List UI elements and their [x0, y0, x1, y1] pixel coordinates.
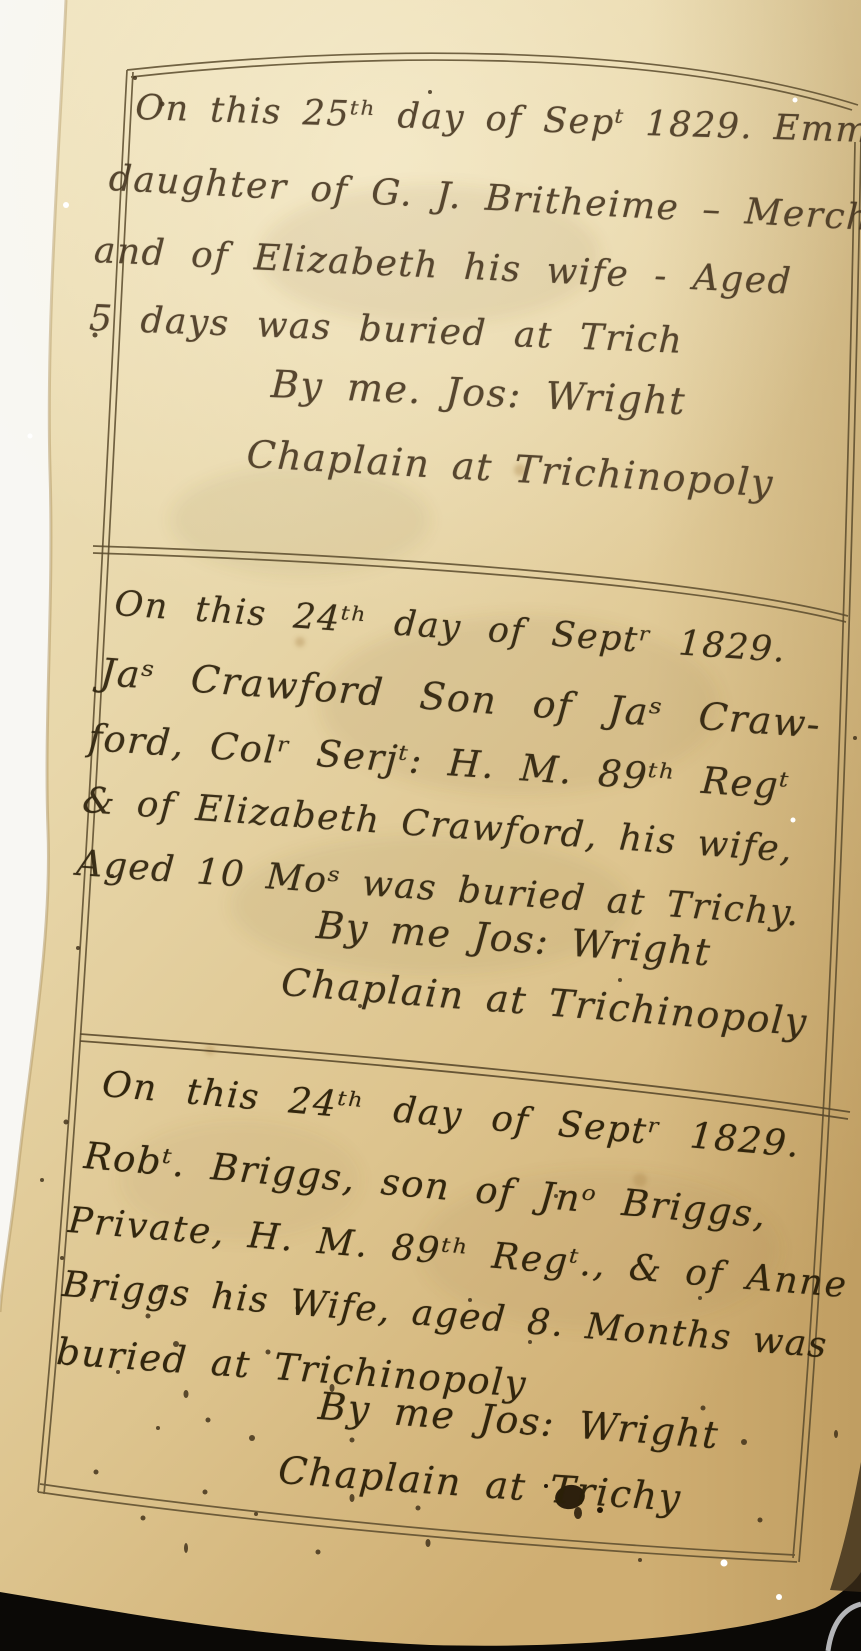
entry3-line-officiant: By me Jos: Wright	[317, 1384, 721, 1457]
entry2-line-burial: Aged 10 Moˢ was buried at Trichy.	[75, 843, 801, 934]
register-page-scan: On this 25ᵗʰ day of Sepᵗ 1829. Emmelina …	[0, 0, 861, 1651]
entry1-line-title: Chaplain at Trichinopoly	[246, 432, 775, 505]
entry3-line-name: Robᵗ. Briggs, son of Jnᵒ Briggs,	[82, 1134, 768, 1237]
entry3-line-title: Chaplain at Trichy	[277, 1448, 683, 1520]
entry2-line-date: On this 24ᵗʰ day of Septʳ 1829.	[113, 584, 787, 671]
entry3-line-regiment: Private, H. M. 89ᵗʰ Regᵗ., & of Anne	[67, 1200, 850, 1306]
entry3-line-mother: Briggs his Wife, aged 8. Months was	[61, 1264, 830, 1366]
handwriting-layer: On this 25ᵗʰ day of Sepᵗ 1829. Emmelina …	[0, 0, 861, 1651]
entry2-line-title: Chaplain at Trichinopoly	[280, 960, 810, 1044]
entry1-line-burial: 5 days was buried at Trich	[88, 298, 684, 362]
entry3-line-burial: buried at Trichinopoly	[55, 1330, 528, 1406]
entry2-line-regiment: ford, Colʳ Serjᵗ: H. M. 89ᵗʰ Regᵗ	[87, 716, 791, 808]
entry1-line-date: On this 25ᵗʰ day of Sepᵗ 1829. Emmelina	[135, 88, 861, 154]
entry2-line-name: Jaˢ Crawford Son of Jaˢ Craw-	[99, 650, 823, 747]
entry2-line-officiant: By me Jos: Wright	[315, 903, 713, 975]
entry1-line-mother: and of Elizabeth his wife - Aged	[93, 230, 793, 303]
entry2-line-mother: & of Elizabeth Crawford, his wife,	[81, 780, 794, 871]
entry3-line-date: On this 24ᵗʰ day of Septʳ 1829.	[100, 1064, 802, 1166]
entry1-line-officiant: By me. Jos: Wright	[270, 362, 687, 423]
entry1-line-parent: daughter of G. J. Britheime – Merchant	[108, 158, 861, 242]
